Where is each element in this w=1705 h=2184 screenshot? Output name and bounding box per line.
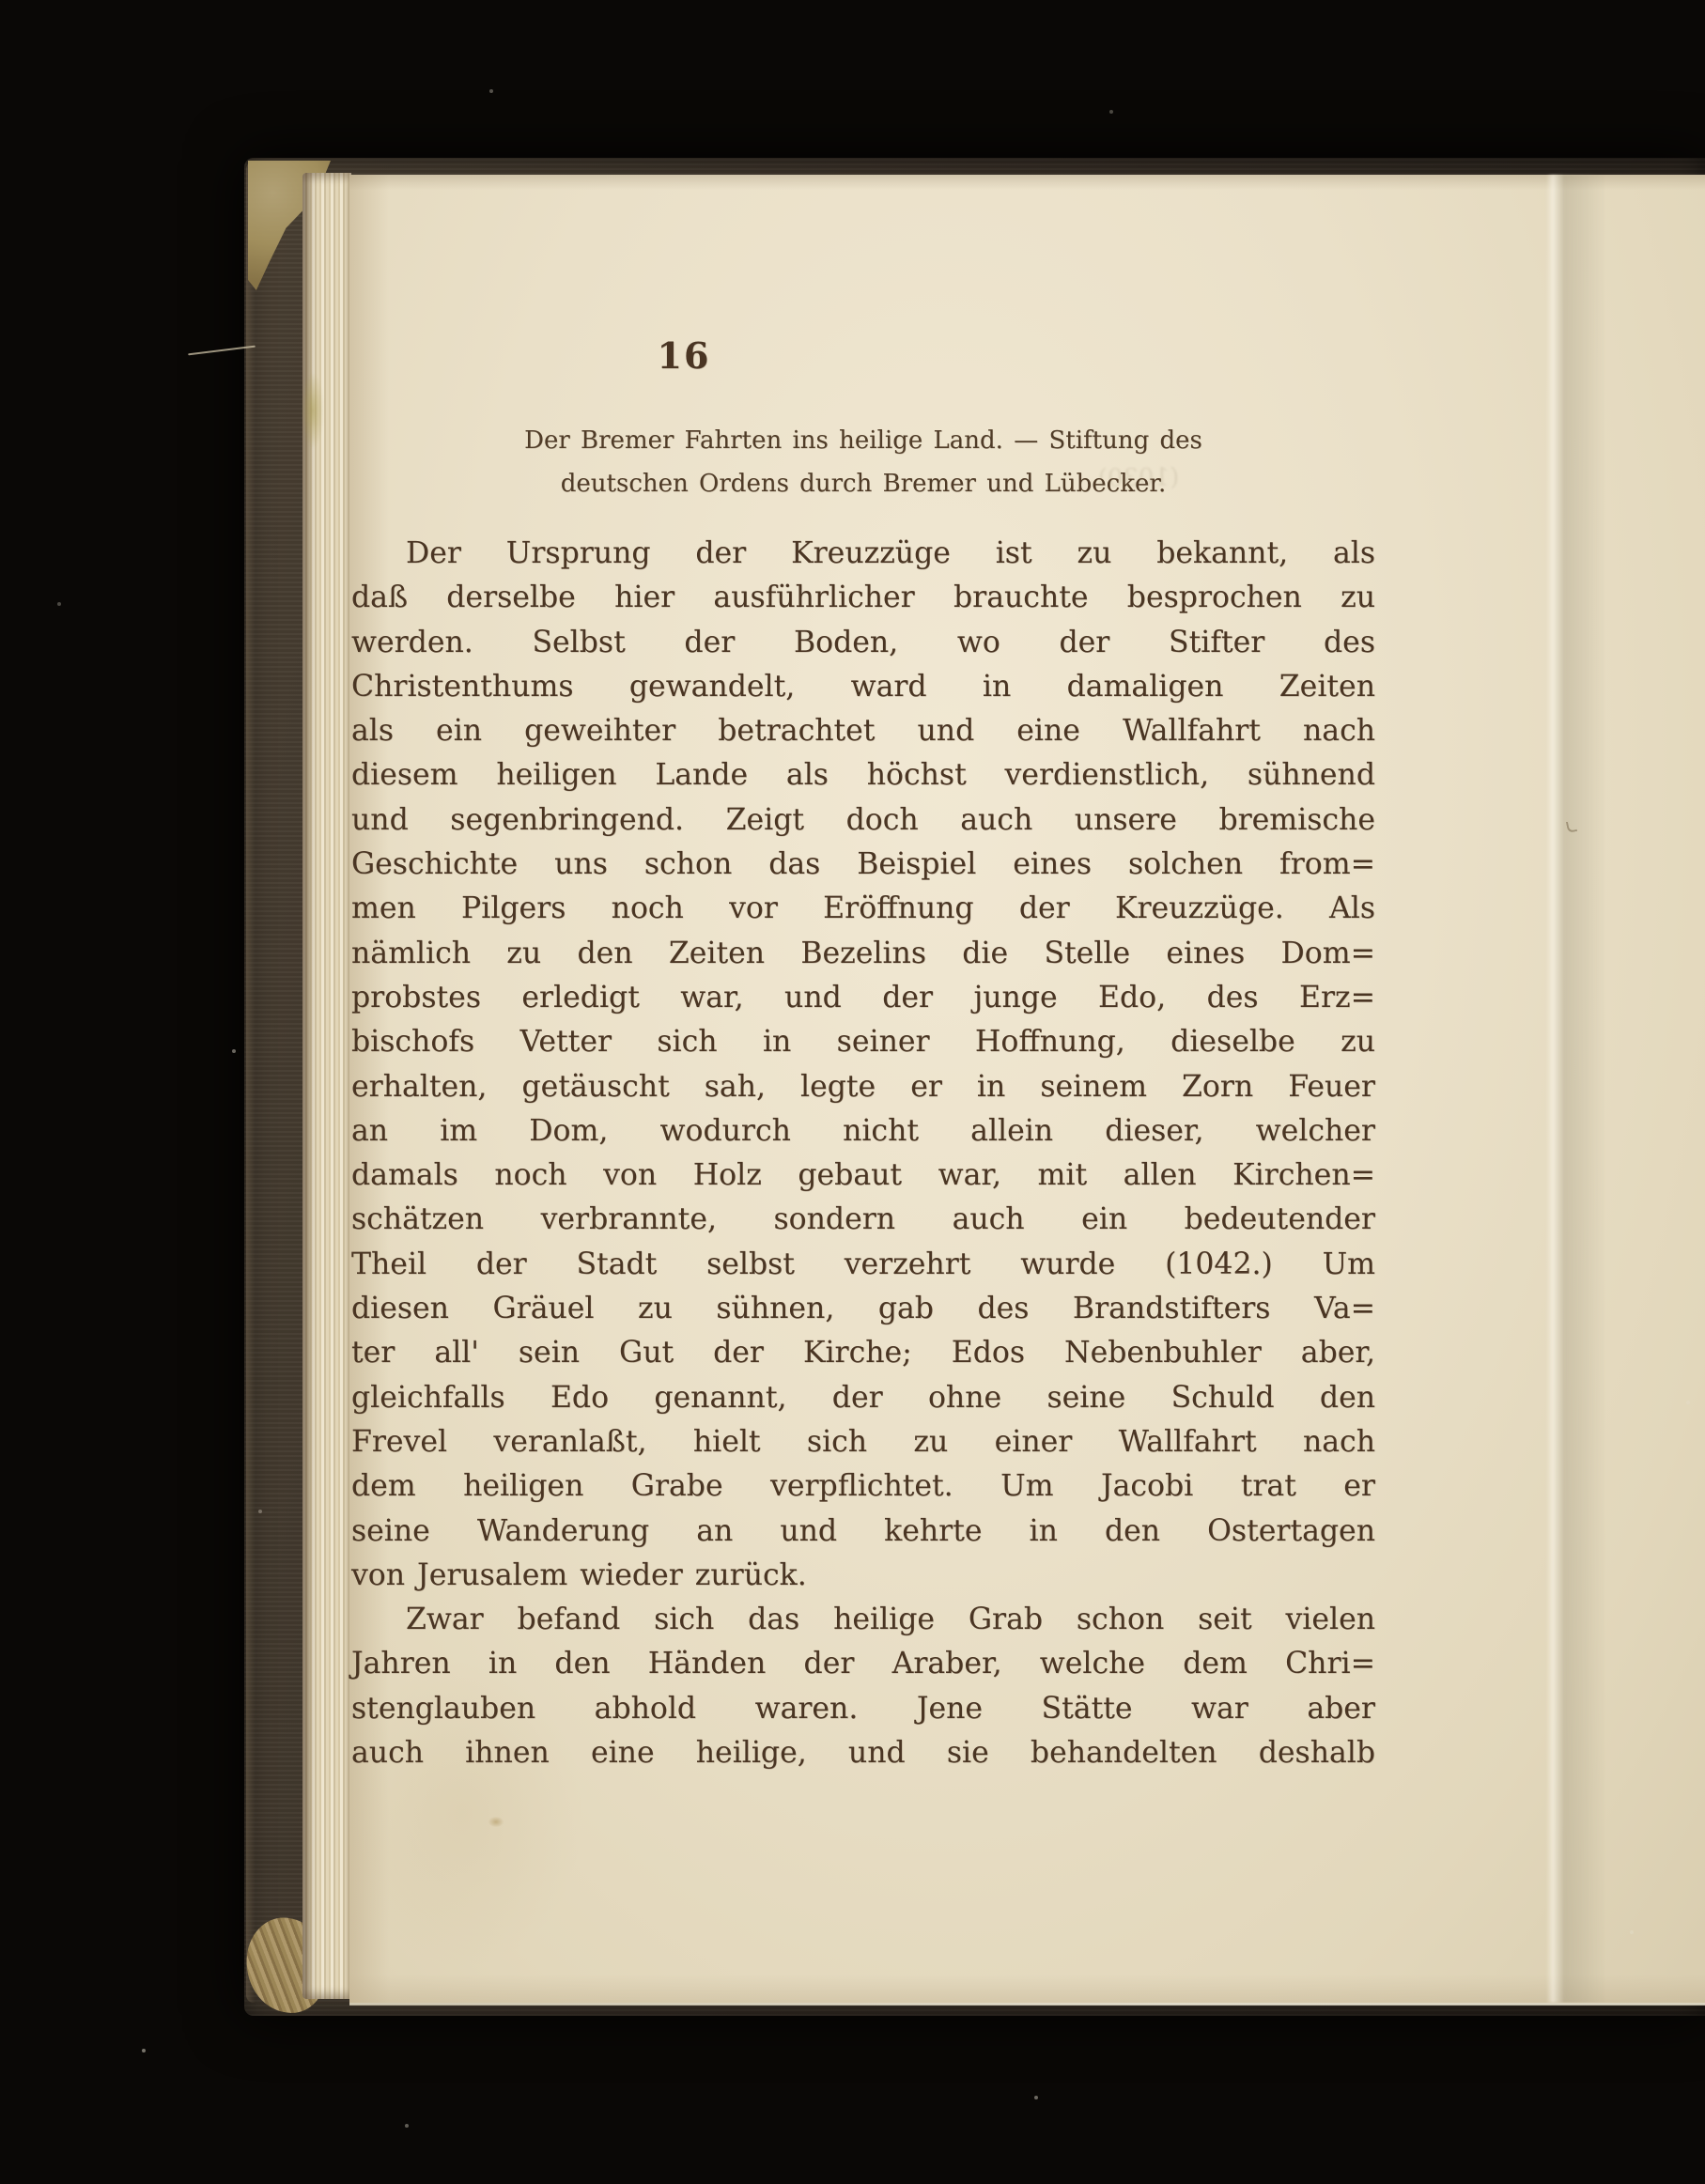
- body-text-line: daß derselbe hier ausführlicher brauchte…: [351, 576, 1375, 620]
- body-text-line: ter all' sein Gut der Kirche; Edos Neben…: [351, 1331, 1375, 1375]
- body-text: Der Ursprung der Kreuzzüge ist zu bekann…: [351, 532, 1375, 1775]
- body-text-line: diesen Gräuel zu sühnen, gab des Brandst…: [351, 1287, 1375, 1331]
- body-text-line: men Pilgers noch vor Eröffnung der Kreuz…: [351, 887, 1375, 931]
- body-text-line: und segenbringend. Zeigt doch auch unser…: [351, 798, 1375, 843]
- body-text-line: werden. Selbst der Boden, wo der Stifter…: [351, 621, 1375, 665]
- body-text-line: bischofs Vetter sich in seiner Hoffnung,…: [351, 1020, 1375, 1064]
- body-text-line: gleichfalls Edo genannt, der ohne seine …: [351, 1376, 1375, 1420]
- body-text-line: Geschichte uns schon das Beispiel eines …: [351, 843, 1375, 887]
- body-text-line: von Jerusalem wieder zurück.: [351, 1554, 1375, 1598]
- body-text-line: Frevel veranlaßt, hielt sich zu einer Wa…: [351, 1420, 1375, 1464]
- dust-specks: [0, 0, 2, 2]
- book-page: 16 Der Bremer Fahrten ins heilige Land. …: [349, 175, 1705, 2003]
- body-text-line: probstes erledigt war, und der junge Edo…: [351, 976, 1375, 1020]
- headnote-line-2: deutschen Ordens durch Bremer und Lübeck…: [351, 462, 1375, 505]
- body-text-line: schätzen verbrannte, sondern auch ein be…: [351, 1198, 1375, 1242]
- body-text-line: erhalten, getäuscht sah, legte er in sei…: [351, 1065, 1375, 1109]
- body-text-line: stenglauben abhold waren. Jene Stätte wa…: [351, 1687, 1375, 1731]
- body-text-line: an im Dom, wodurch nicht allein dieser, …: [351, 1109, 1375, 1154]
- body-text-line: dem heiligen Grabe verpflichtet. Um Jaco…: [351, 1464, 1375, 1509]
- body-text-line: Christenthums gewandelt, ward in damalig…: [351, 665, 1375, 709]
- body-text-line: seine Wanderung an und kehrte in den Ost…: [351, 1510, 1375, 1554]
- chapter-headnote: Der Bremer Fahrten ins heilige Land. — S…: [351, 419, 1375, 505]
- body-text-line: Theil der Stadt selbst verzehrt wurde (1…: [351, 1243, 1375, 1287]
- page-number: 16: [628, 334, 740, 377]
- body-text-line: Jahren in den Händen der Araber, welche …: [351, 1642, 1375, 1686]
- body-text-line: Zwar befand sich das heilige Grab schon …: [351, 1598, 1375, 1642]
- body-text-line: diesem heiligen Lande als höchst verdien…: [351, 753, 1375, 798]
- gutter-crease: [1546, 175, 1606, 2003]
- body-text-line: auch ihnen eine heilige, und sie behande…: [351, 1731, 1375, 1775]
- headnote-line-1: Der Bremer Fahrten ins heilige Land. — S…: [351, 419, 1375, 462]
- body-text-line: als ein geweihter betrachtet und eine Wa…: [351, 709, 1375, 753]
- book-spine-edge: [246, 162, 256, 2003]
- body-text-line: nämlich zu den Zeiten Bezelins die Stell…: [351, 932, 1375, 976]
- photo-background: 16 Der Bremer Fahrten ins heilige Land. …: [0, 0, 1705, 2184]
- body-text-line: Der Ursprung der Kreuzzüge ist zu bekann…: [351, 532, 1375, 576]
- body-text-line: damals noch von Holz gebaut war, mit all…: [351, 1154, 1375, 1198]
- page-stack-stain: [302, 374, 323, 447]
